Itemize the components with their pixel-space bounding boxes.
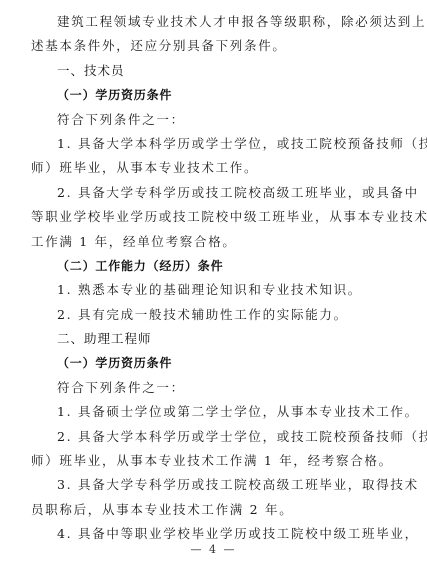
list-item-2-line-3: 工作满 1 年，经单位考察合格。 <box>31 230 393 254</box>
paragraph-intro-line-2: 述基本条件外，还应分别具备下列条件。 <box>31 34 393 58</box>
section-heading-technician: 一、技术员 <box>31 59 393 83</box>
subheading-work-ability: （二）工作能力（经历）条件 <box>31 254 393 278</box>
page-number: — 4 — <box>0 543 427 556</box>
ae-list-item-3-line-1: 3. 具备大学专科学历或技工院校高级工班毕业，取得技术 <box>31 473 393 497</box>
ability-item-1: 1. 熟悉本专业的基础理论知识和专业技术知识。 <box>31 278 393 302</box>
ae-list-item-1: 1. 具备硕士学位或第二学士学位，从事本专业技术工作。 <box>31 400 393 424</box>
ae-list-item-3-line-2: 员职称后，从事本专业技术工作满 2 年。 <box>31 498 393 522</box>
subheading-education-qualification-2: （一）学历资历条件 <box>31 351 393 375</box>
ae-list-item-2-line-1: 2. 具备大学本科学历或学士学位，或技工院校预备技师（技 <box>31 425 393 449</box>
list-item-1-line-2: 师）班毕业，从事本专业技术工作。 <box>31 156 393 180</box>
paragraph-conditions-intro: 符合下列条件之一： <box>31 108 393 132</box>
subheading-education-qualification: （一）学历资历条件 <box>31 83 393 107</box>
ability-item-2: 2. 具有完成一般技术辅助性工作的实际能力。 <box>31 303 393 327</box>
list-item-2-line-2: 等职业学校毕业学历或技工院校中级工班毕业，从事本专业技术 <box>31 205 393 229</box>
section-heading-assistant-engineer: 二、助理工程师 <box>31 327 393 351</box>
list-item-2-line-1: 2. 具备大学专科学历或技工院校高级工班毕业，或具备中 <box>31 181 393 205</box>
list-item-1-line-1: 1. 具备大学本科学历或学士学位，或技工院校预备技师（技 <box>31 132 393 156</box>
ae-list-item-2-line-2: 师）班毕业，从事本专业技术工作满 1 年，经考察合格。 <box>31 449 393 473</box>
document-body: 建筑工程领域专业技术人才申报各等级职称，除必须达到上 述基本条件外，还应分别具备… <box>31 10 393 547</box>
paragraph-intro-line-1: 建筑工程领域专业技术人才申报各等级职称，除必须达到上 <box>31 10 393 34</box>
paragraph-conditions-intro-2: 符合下列条件之一： <box>31 376 393 400</box>
